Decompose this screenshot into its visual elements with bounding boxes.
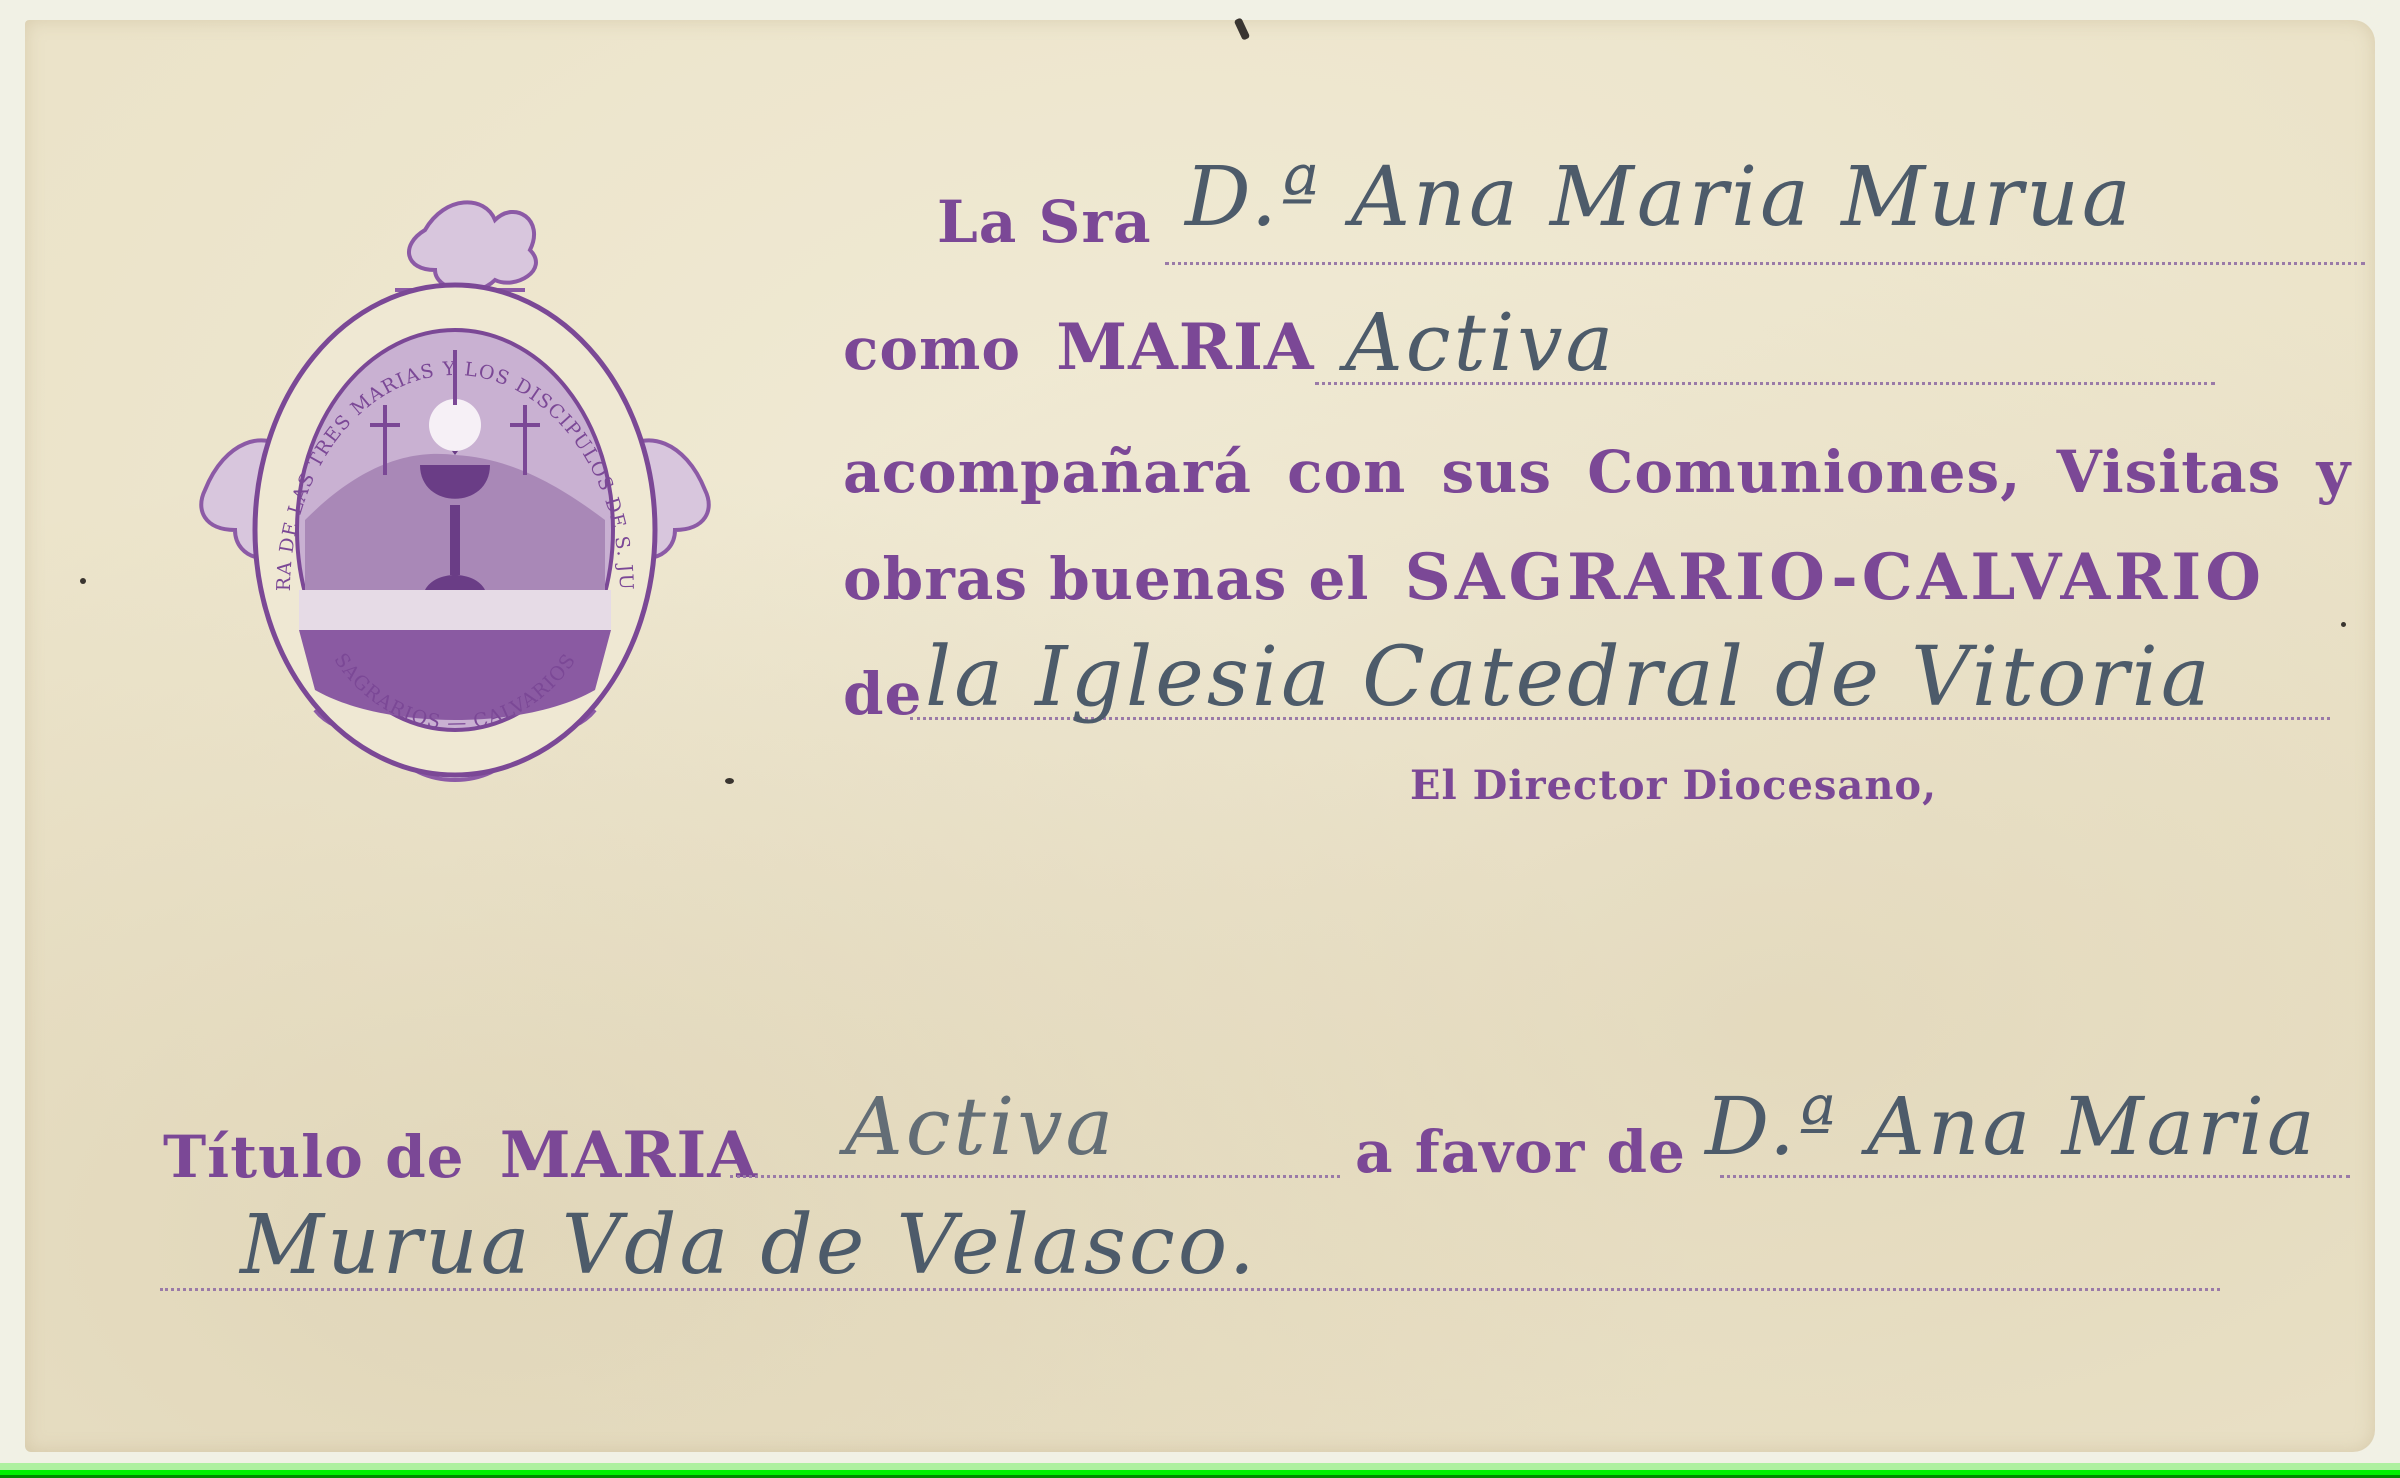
- favor-label: a favor de: [1355, 1118, 1686, 1186]
- sra-label: La Sra: [937, 188, 1152, 256]
- titulo-maria-caps: MARIA: [500, 1118, 758, 1193]
- name-dotted-line: [1165, 262, 2365, 265]
- speck: [2341, 622, 2346, 627]
- title-dotted-line: [730, 1175, 1340, 1178]
- favor-name-handwritten-2: Murua Vda de Velasco.: [240, 1198, 1258, 1293]
- role-handwritten: Activa: [1345, 296, 1616, 389]
- sagrario-calvario-text: SAGRARIO-CALVARIO: [1405, 540, 2265, 615]
- titulo-label: Título de MARIA: [163, 1118, 758, 1193]
- director-signature-label: El Director Diocesano,: [1410, 762, 1937, 809]
- status-strip-light: [0, 1463, 2400, 1470]
- devotional-card: OBRA DE LAS TRES MARIAS Y LOS DISCIPULOS…: [25, 20, 2375, 1452]
- favor-name-handwritten-1: D.ª Ana Maria: [1705, 1080, 2318, 1173]
- speck: [725, 778, 734, 784]
- intro-text-line: acompañará con sus Comuniones, Visitas y: [843, 438, 2351, 506]
- church-handwritten: la Iglesia Catedral de Vitoria: [925, 630, 2213, 725]
- como-text: como: [843, 315, 1021, 383]
- obras-text: obras buenas el: [843, 545, 1369, 613]
- holder-name-handwritten: D.ª Ana Maria Murua: [1185, 150, 2134, 245]
- favor-dotted-line: [1720, 1175, 2350, 1178]
- obras-text-line: obras buenas el SAGRARIO-CALVARIO: [843, 540, 2265, 615]
- ink-mark: [1234, 17, 1251, 40]
- titulo-text: Título de: [163, 1123, 465, 1191]
- como-label: como MARIA: [843, 310, 1315, 385]
- emblem-seal: OBRA DE LAS TRES MARIAS Y LOS DISCIPULOS…: [195, 190, 715, 820]
- title-role-handwritten: Activa: [845, 1080, 1116, 1173]
- maria-caps-text: MARIA: [1056, 310, 1314, 385]
- speck: [80, 578, 86, 584]
